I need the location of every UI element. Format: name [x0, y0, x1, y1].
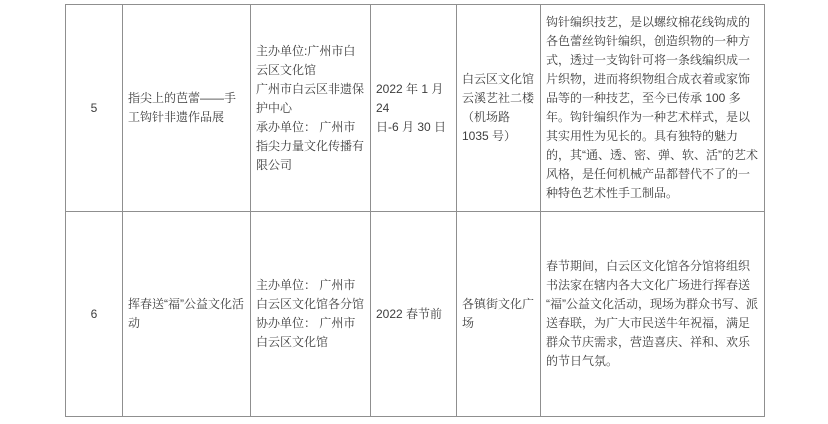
cell-organizer: 主办单位： 广州市白云区文化馆各分馆 协办单位： 广州市白云区文化馆: [251, 212, 371, 417]
cell-event-name: 挥春送“福”公益文化活动: [123, 212, 251, 417]
events-table: 5 指尖上的芭蕾——手工钩针非遗作品展 主办单位:广州市白云区文化馆 广州市白云…: [65, 4, 765, 417]
cell-description: 春节期间，白云区文化馆各分馆将组织书法家在辖内各大文化广场进行挥春送“福”公益文…: [541, 212, 765, 417]
table-row: 6 挥春送“福”公益文化活动 主办单位： 广州市白云区文化馆各分馆 协办单位： …: [66, 212, 765, 417]
cell-date: 2022 年 1 月 24 日-6 月 30 日: [371, 5, 457, 212]
table-row: 5 指尖上的芭蕾——手工钩针非遗作品展 主办单位:广州市白云区文化馆 广州市白云…: [66, 5, 765, 212]
cell-event-name: 指尖上的芭蕾——手工钩针非遗作品展: [123, 5, 251, 212]
document-page: 5 指尖上的芭蕾——手工钩针非遗作品展 主办单位:广州市白云区文化馆 广州市白云…: [0, 0, 828, 424]
cell-row-number: 6: [66, 212, 123, 417]
cell-description: 钩针编织技艺，是以螺纹棉花线钩成的各色蕾丝钩针编织，创造织物的一种方式，透过一支…: [541, 5, 765, 212]
cell-location: 白云区文化馆 云溪艺社二楼 （机场路 1035 号）: [457, 5, 541, 212]
cell-date: 2022 春节前: [371, 212, 457, 417]
cell-location: 各镇街文化广场: [457, 212, 541, 417]
cell-organizer: 主办单位:广州市白云区文化馆 广州市白云区非遗保护中心 承办单位： 广州市指尖力…: [251, 5, 371, 212]
cell-row-number: 5: [66, 5, 123, 212]
